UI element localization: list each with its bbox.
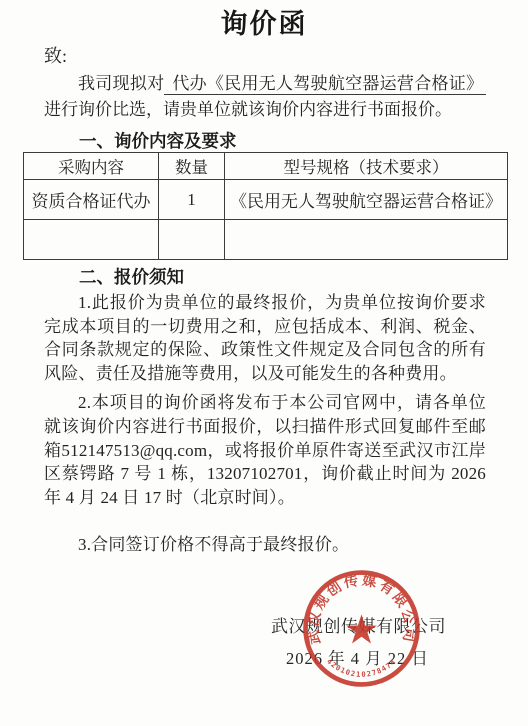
salutation: 致: [44,46,486,67]
inquiry-letter-document: 询价函 致: 我司现拟对代办《民用无人驾驶航空器运营合格证》进行询价比选，请贵单… [0,0,528,726]
section2-heading: 二、报价须知 [44,267,486,287]
quote-notice-item-1: 1.此报价为贵单位的最终报价，为贵单位按询价要求完成本项目的一切费用之和，应包括… [44,291,486,385]
cell-empty [225,220,508,260]
intro-paragraph: 我司现拟对代办《民用无人驾驶航空器运营合格证》进行询价比选，请贵单位就该询价内容… [44,71,486,123]
intro-rest: 进行询价比选，请贵单位就该询价内容进行书面报价。 [44,100,452,119]
cell-empty [24,220,159,260]
cell-procurement-content: 资质合格证代办 [24,180,159,220]
cell-empty [159,220,225,260]
table-header-row: 采购内容 数量 型号规格（技术要求） [24,153,508,180]
inquiry-table: 采购内容 数量 型号规格（技术要求） 资质合格证代办 1 《民用无人驾驶航空器运… [23,152,508,260]
table-row: 资质合格证代办 1 《民用无人驾驶航空器运营合格证》 [24,180,508,220]
intro-prefix: 我司现拟对 [78,74,164,93]
header-quantity: 数量 [159,153,225,180]
signature-date: 2026 年 4 月 22 日 [286,645,429,669]
signature-company-name: 武汉规创传媒有限公司 [271,612,446,637]
header-model-spec: 型号规格（技术要求） [225,153,508,180]
section1-heading: 一、询价内容及要求 [44,131,486,151]
quote-notice-item-3: 3.合同签订价格不得高于最终报价。 [44,533,486,557]
cell-quantity: 1 [159,180,225,220]
intro-underlined-subject: 代办《民用无人驾驶航空器运营合格证》 [164,74,486,95]
quote-notice-item-2: 2.本项目的询价函将发布于本公司官网中，请各单位就该询价内容进行书面报价，以扫描… [44,391,486,509]
cell-model-spec: 《民用无人驾驶航空器运营合格证》 [225,180,508,220]
table-row-empty [24,220,508,260]
header-procurement-content: 采购内容 [24,153,159,180]
page-title: 询价函 [0,0,528,39]
